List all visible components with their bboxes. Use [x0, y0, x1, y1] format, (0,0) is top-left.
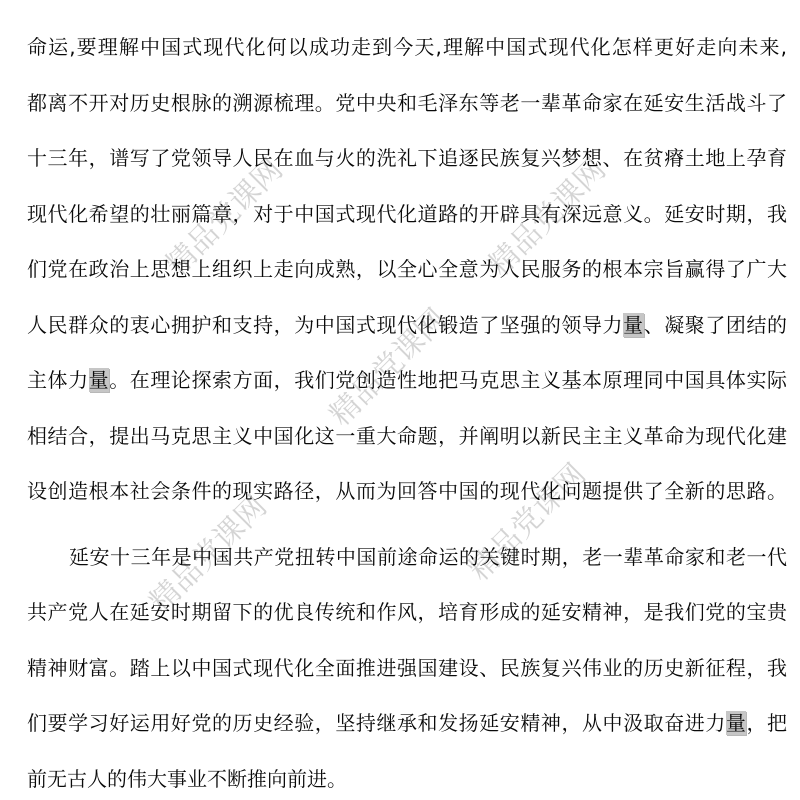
document-page: 精品党课网 精品党课网 精品党课网 精品党课网 精品党课网 命运,要理解中国式现… [0, 0, 800, 800]
text-segment: 。在理论探索方面，我们党创造性地把马克思主义基本原理同中国具体实际 [109, 368, 787, 392]
text-segment: 人民群众的衷心拥护和支持，为中国式现代化锻造了坚强的领导力 [27, 313, 623, 337]
text-segment: 们要学习好运用好党的历史经验，坚持继承和发扬延安精神，从中汲取奋进力 [27, 711, 726, 735]
text-line: 主体力量。在理论探索方面，我们党创造性地把马克思主义基本原理同中国具体实际 [27, 353, 787, 409]
text-line: 延安十三年是中国共产党扭转中国前途命运的关键时期，老一辈革命家和老一代 [27, 530, 787, 586]
text-line: 命运,要理解中国式现代化何以成功走到今天,理解中国式现代化怎样更好走向未来, [27, 20, 787, 76]
paragraph-1: 命运,要理解中国式现代化何以成功走到今天,理解中国式现代化怎样更好走向未来, 都… [27, 20, 787, 520]
text-line: 前无古人的伟大事业不断推向前进。 [27, 752, 787, 800]
text-line: 都离不开对历史根脉的溯源梳理。党中央和毛泽东等老一辈革命家在延安生活战斗了 [27, 76, 787, 132]
highlighted-char: 量 [623, 313, 644, 337]
text-line: 共产党人在延安时期留下的优良传统和作风，培育形成的延安精神，是我们党的宝贵 [27, 585, 787, 641]
text-line: 十三年，谱写了党领导人民在血与火的洗礼下追逐民族复兴梦想、在贫瘠土地上孕育 [27, 131, 787, 187]
text-line: 精神财富。踏上以中国式现代化全面推进强国建设、民族复兴伟业的历史新征程，我 [27, 641, 787, 697]
highlighted-char: 量 [726, 711, 747, 735]
text-line: 相结合，提出马克思主义中国化这一重大命题，并阐明以新民主主义革命为现代化建 [27, 409, 787, 465]
text-line: 设创造根本社会条件的现实路径，从而为回答中国的现代化问题提供了全新的思路。 [27, 464, 787, 520]
paragraph-2: 延安十三年是中国共产党扭转中国前途命运的关键时期，老一辈革命家和老一代 共产党人… [27, 530, 787, 800]
text-line: 人民群众的衷心拥护和支持，为中国式现代化锻造了坚强的领导力量、凝聚了团结的 [27, 298, 787, 354]
text-segment: 、凝聚了团结的 [644, 313, 787, 337]
document-body: 命运,要理解中国式现代化何以成功走到今天,理解中国式现代化怎样更好走向未来, 都… [27, 20, 787, 800]
text-line: 们要学习好运用好党的历史经验，坚持继承和发扬延安精神，从中汲取奋进力量，把 [27, 696, 787, 752]
text-segment: 主体力 [27, 368, 89, 392]
highlighted-char: 量 [89, 368, 110, 392]
text-line: 现代化希望的壮丽篇章，对于中国式现代化道路的开辟具有深远意义。延安时期，我 [27, 187, 787, 243]
text-segment: ，把 [746, 711, 787, 735]
text-line: 们党在政治上思想上组织上走向成熟，以全心全意为人民服务的根本宗旨赢得了广大 [27, 242, 787, 298]
